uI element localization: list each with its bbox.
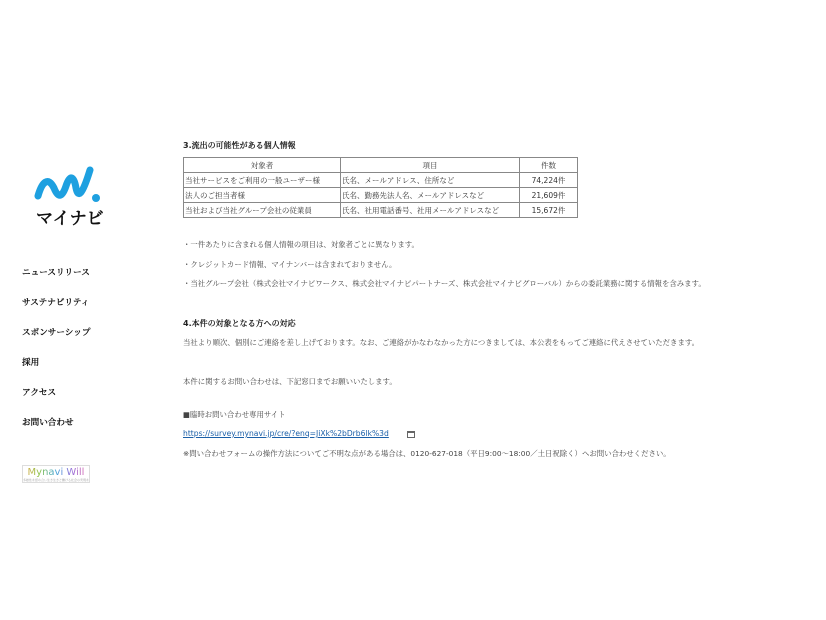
note-item: ・当社グループ会社（株式会社マイナビワークス、株式会社マイナビパートナーズ、株式… — [183, 278, 706, 289]
external-link-icon[interactable] — [407, 431, 415, 438]
sidebar-nav: ニュースリリース サステナビリティ スポンサーシップ 採用 アクセス お問い合わ… — [22, 268, 90, 448]
table-cell: 氏名、勤務先法人名、メールアドレスなど — [341, 188, 520, 203]
mynavi-will-subtext: 多様性を認め合い生き生きと働ける社会の実現を — [23, 479, 89, 482]
inquiry-site-link[interactable]: https://survey.mynavi.jp/cre/?enq=JiXk%2… — [183, 429, 389, 438]
table-row: 当社サービスをご利用の一般ユーザー様 氏名、メールアドレス、住所など 74,22… — [184, 173, 578, 188]
table-cell: 法人のご担当者様 — [184, 188, 341, 203]
mynavi-will-badge[interactable]: Mynavi Will 多様性を認め合い生き生きと働ける社会の実現を — [22, 465, 90, 483]
table-header: 対象者 — [184, 158, 341, 173]
table-cell: 氏名、社用電話番号、社用メールアドレスなど — [341, 203, 520, 218]
table-header: 項目 — [341, 158, 520, 173]
inquiry-note: ※問い合わせフォームの操作方法についてご不明な点がある場合は、0120-627-… — [183, 448, 671, 459]
table-cell: 74,224件 — [520, 173, 578, 188]
sidebar-item-access[interactable]: アクセス — [22, 388, 90, 418]
logo-wave-icon — [34, 162, 106, 206]
personal-info-table: 対象者 項目 件数 当社サービスをご利用の一般ユーザー様 氏名、メールアドレス、… — [183, 157, 578, 218]
sidebar-item-news-release[interactable]: ニュースリリース — [22, 268, 90, 298]
table-cell: 15,672件 — [520, 203, 578, 218]
table-header-row: 対象者 項目 件数 — [184, 158, 578, 173]
section3-heading: 3.流出の可能性がある個人情報 — [183, 140, 296, 151]
note-item: ・クレジットカード情報、マイナンバーは含まれておりません。 — [183, 259, 396, 270]
table-row: 当社および当社グループ会社の従業員 氏名、社用電話番号、社用メールアドレスなど … — [184, 203, 578, 218]
note-item: ・一件あたりに含まれる個人情報の項目は、対象者ごとに異なります。 — [183, 239, 419, 250]
table-row: 法人のご担当者様 氏名、勤務先法人名、メールアドレスなど 21,609件 — [184, 188, 578, 203]
section4-heading: 4.本件の対象となる方への対応 — [183, 318, 296, 329]
table-cell: 当社および当社グループ会社の従業員 — [184, 203, 341, 218]
sidebar-item-sponsorship[interactable]: スポンサーシップ — [22, 328, 90, 358]
logo-text: マイナビ — [36, 204, 104, 229]
table-cell: 当社サービスをご利用の一般ユーザー様 — [184, 173, 341, 188]
section4-body: 当社より順次、個別にご連絡を差し上げております。なお、ご連絡がかなわなかった方に… — [183, 337, 699, 348]
inquiry-site-label: ■臨時お問い合わせ専用サイト — [183, 409, 286, 420]
table-header: 件数 — [520, 158, 578, 173]
inquiry-intro: 本件に関するお問い合わせは、下記窓口までお願いいたします。 — [183, 376, 397, 387]
table-cell: 21,609件 — [520, 188, 578, 203]
table-cell: 氏名、メールアドレス、住所など — [341, 173, 520, 188]
sidebar-item-recruit[interactable]: 採用 — [22, 358, 90, 388]
sidebar-item-contact[interactable]: お問い合わせ — [22, 418, 90, 448]
sidebar-item-sustainability[interactable]: サステナビリティ — [22, 298, 90, 328]
